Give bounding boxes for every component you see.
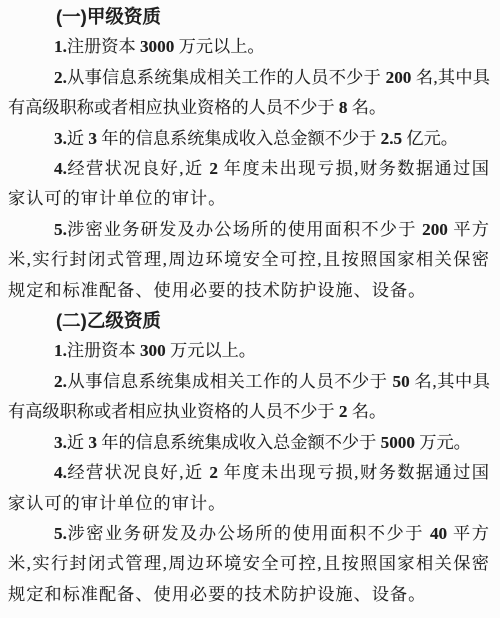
clause-text: 涉密业务研发及办公场所的使用面积不少于 (67, 220, 422, 239)
clause-number: 2.5 (381, 129, 402, 148)
clause-number: 3 (88, 129, 97, 148)
clause-number: 3. (54, 129, 67, 148)
section-heading: (一)甲级资质 (8, 2, 490, 32)
clause-number: 2. (54, 68, 67, 87)
clause-number: 3000 (140, 37, 174, 56)
clause-number: 2 (209, 463, 218, 482)
clause-paragraph: 5.涉密业务研发及办公场所的使用面积不少于 200 平方米,实行封闭式管理,周边… (8, 215, 490, 306)
clause-text: 近 (67, 433, 89, 452)
clause-text: 涉密业务研发及办公场所的使用面积不少于 (67, 524, 430, 543)
clause-text: 年的信息系统集成收入总金额不少于 (97, 129, 381, 148)
clause-number: 5. (54, 524, 67, 543)
clause-number: 1. (54, 341, 67, 360)
clause-text: 经营状况良好,近 (67, 463, 209, 482)
clause-number: 200 (386, 68, 412, 87)
clause-number: 5. (54, 220, 67, 239)
clause-text: 万元以上。 (166, 341, 256, 360)
clause-number: 3 (88, 433, 97, 452)
clause-text: 亿元。 (402, 129, 458, 148)
clause-paragraph: 2.从事信息系统集成相关工作的人员不少于 200 名,其中具有高级职称或者相应执… (8, 63, 490, 124)
clause-paragraph: 4.经营状况良好,近 2 年度未出现亏损,财务数据通过国家认可的审计单位的审计。 (8, 458, 490, 519)
clause-paragraph: 3.近 3 年的信息系统集成收入总金额不少于 5000 万元。 (8, 428, 490, 458)
clause-text: 注册资本 (67, 37, 140, 56)
clause-paragraph: 1.注册资本 3000 万元以上。 (8, 32, 490, 62)
clause-number: 5000 (381, 433, 415, 452)
clause-text: 近 (67, 129, 89, 148)
clause-paragraph: 3.近 3 年的信息系统集成收入总金额不少于 2.5 亿元。 (8, 124, 490, 154)
clause-paragraph: 4.经营状况良好,近 2 年度未出现亏损,财务数据通过国家认可的审计单位的审计。 (8, 154, 490, 215)
clause-number: 50 (392, 372, 409, 391)
clause-paragraph: 1.注册资本 300 万元以上。 (8, 336, 490, 366)
clause-number: 300 (140, 341, 166, 360)
clause-text: 年的信息系统集成收入总金额不少于 (97, 433, 381, 452)
clause-number: 40 (430, 524, 447, 543)
clause-paragraph: 2.从事信息系统集成相关工作的人员不少于 50 名,其中具有高级职称或者相应执业… (8, 367, 490, 428)
clause-number: 1. (54, 37, 67, 56)
clause-text: 从事信息系统集成相关工作的人员不少于 (67, 372, 393, 391)
document-page: (一)甲级资质1.注册资本 3000 万元以上。2.从事信息系统集成相关工作的人… (0, 0, 500, 618)
clause-number: 3. (54, 433, 67, 452)
document-body: (一)甲级资质1.注册资本 3000 万元以上。2.从事信息系统集成相关工作的人… (0, 0, 500, 610)
clause-text: 经营状况良好,近 (67, 159, 209, 178)
clause-text: 万元。 (415, 433, 471, 452)
clause-number: 4. (54, 159, 67, 178)
clause-paragraph: 5.涉密业务研发及办公场所的使用面积不少于 40 平方米,实行封闭式管理,周边环… (8, 519, 490, 610)
clause-number: 2. (54, 372, 67, 391)
section-heading: (二)乙级资质 (8, 306, 490, 336)
clause-text: 名。 (347, 402, 386, 421)
clause-number: 4. (54, 463, 67, 482)
clause-text: 从事信息系统集成相关工作的人员不少于 (67, 68, 386, 87)
clause-number: 200 (422, 220, 448, 239)
clause-text: 名。 (347, 98, 386, 117)
clause-number: 2 (209, 159, 218, 178)
clause-text: 万元以上。 (174, 37, 264, 56)
clause-text: 注册资本 (67, 341, 140, 360)
